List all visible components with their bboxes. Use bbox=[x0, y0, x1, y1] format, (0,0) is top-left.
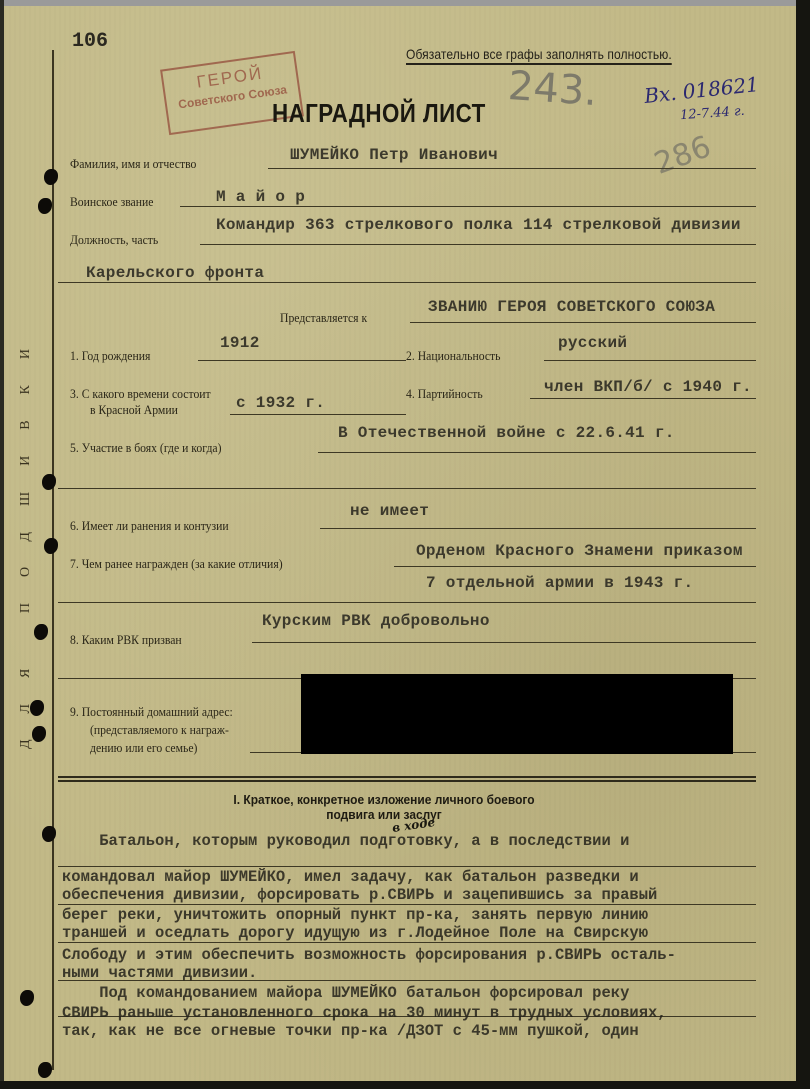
narrative-line: траншей и оседлать дорогу идущую из г.Ло… bbox=[62, 924, 782, 942]
field-rule bbox=[318, 452, 756, 453]
window-frame-bottom bbox=[0, 1081, 810, 1089]
punch-hole bbox=[38, 1062, 52, 1078]
party-value: член ВКП/б/ с 1940 г. bbox=[544, 378, 752, 396]
battles-label: 5. Участие в боях (где и когда) bbox=[70, 440, 222, 456]
pencil-mark: 243. bbox=[507, 63, 599, 115]
position-value: Командир 363 стрелкового полка 114 стрел… bbox=[216, 216, 741, 234]
wounds-value: не имеет bbox=[350, 502, 429, 520]
nominated-for-label: Представляется к bbox=[280, 310, 367, 326]
archive-number: 106 bbox=[72, 30, 108, 53]
award-sheet: ДЛЯ ПОДШИВКИ 106 Обязательно все графы з… bbox=[4, 6, 796, 1081]
punch-hole bbox=[44, 169, 58, 185]
field-rule bbox=[320, 528, 756, 529]
narrative-line: так, как не все огневые точки пр-ка /ДЗО… bbox=[62, 1022, 782, 1040]
window-frame-right bbox=[796, 0, 810, 1089]
field-rule bbox=[58, 488, 756, 489]
narrative-line: командовал майор ШУМЕЙКО, имел задачу, к… bbox=[62, 868, 782, 886]
field-rule bbox=[230, 414, 406, 415]
field-rule bbox=[252, 642, 756, 643]
field-rule bbox=[58, 602, 756, 603]
narrative-rule bbox=[58, 866, 756, 867]
field-rule bbox=[180, 206, 756, 207]
registration-date: 12-7.44 г. bbox=[680, 104, 746, 123]
position-label: Должность, часть bbox=[70, 232, 158, 248]
field-rule bbox=[544, 360, 756, 361]
narrative-line: СВИРЬ раньше установленного срока на 30 … bbox=[62, 1004, 782, 1022]
narrative-line: Батальон, которым руководил подготовку, … bbox=[62, 832, 782, 850]
pencil-mark: 286 bbox=[650, 129, 716, 181]
field-rule bbox=[394, 566, 756, 567]
punch-hole bbox=[20, 990, 34, 1006]
nominated-for-value: ЗВАНИЮ ГЕРОЯ СОВЕТСКОГО СОЮЗА bbox=[428, 298, 715, 316]
address-label-3: дению или его семье) bbox=[90, 740, 197, 756]
binding-margin-text: ДЛЯ ПОДШИВКИ bbox=[18, 276, 58, 796]
narrative-line: ными частями дивизии. bbox=[62, 964, 782, 982]
birth-year-value: 1912 bbox=[220, 334, 260, 352]
position-value-continued: Карельского фронта bbox=[86, 264, 264, 282]
field-rule bbox=[530, 398, 756, 399]
section-heading: I. Краткое, конкретное изложение личного… bbox=[163, 792, 605, 822]
rank-value: М а й о р bbox=[216, 188, 305, 206]
section-heading-line-2: подвига или заслуг bbox=[163, 807, 605, 822]
registration-number: Вх. 018621 bbox=[643, 72, 760, 108]
field-rule bbox=[410, 322, 756, 323]
birth-year-label: 1. Год рождения bbox=[70, 348, 150, 364]
party-label: 4. Партийность bbox=[406, 386, 483, 402]
narrative-line: обеспечения дивизии, форсировать р.СВИРЬ… bbox=[62, 886, 782, 904]
nationality-value: русский bbox=[558, 334, 627, 352]
narrative-rule bbox=[58, 942, 756, 943]
full-name-label: Фамилия, имя и отчество bbox=[70, 156, 196, 172]
previous-awards-value-continued: 7 отдельной армии в 1943 г. bbox=[426, 574, 693, 592]
service-since-label: 3. С какого времени состоит bbox=[70, 386, 211, 402]
previous-awards-value: Орденом Красного Знамени приказом bbox=[416, 542, 743, 560]
narrative-line: Под командованием майора ШУМЕЙКО батальо… bbox=[62, 984, 782, 1002]
conscription-value: Курским РВК добровольно bbox=[262, 612, 490, 630]
conscription-label: 8. Каким РВК призван bbox=[70, 632, 182, 648]
service-since-label-2: в Красной Армии bbox=[90, 402, 178, 418]
wounds-label: 6. Имеет ли ранения и контузии bbox=[70, 518, 229, 534]
address-redaction bbox=[301, 674, 733, 754]
full-name-value: ШУМЕЙКО Петр Иванович bbox=[290, 146, 498, 164]
nationality-label: 2. Национальность bbox=[406, 348, 501, 364]
section-divider bbox=[58, 776, 756, 778]
punch-hole bbox=[38, 198, 52, 214]
instruction-note: Обязательно все графы заполнять полность… bbox=[406, 46, 672, 65]
field-rule bbox=[58, 282, 756, 283]
rank-label: Воинское звание bbox=[70, 194, 153, 210]
field-rule bbox=[198, 360, 406, 361]
field-rule bbox=[268, 168, 756, 169]
section-divider bbox=[58, 780, 756, 782]
page-title: НАГРАДНОЙ ЛИСТ bbox=[272, 98, 486, 129]
section-heading-line-1: I. Краткое, конкретное изложение личного… bbox=[163, 792, 605, 807]
previous-awards-label: 7. Чем ранее награжден (за какие отличия… bbox=[70, 556, 283, 572]
narrative-rule bbox=[58, 904, 756, 905]
battles-value: В Отечественной войне с 22.6.41 г. bbox=[338, 424, 675, 442]
field-rule bbox=[200, 244, 756, 245]
narrative-line: берег реки, уничтожить опорный пункт пр-… bbox=[62, 906, 782, 924]
service-since-value: с 1932 г. bbox=[236, 394, 325, 412]
address-label: 9. Постоянный домашний адрес: bbox=[70, 704, 233, 720]
narrative-line: Слободу и этим обеспечить возможность фо… bbox=[62, 946, 782, 964]
address-label-2: (представляемого к награж- bbox=[90, 722, 229, 738]
